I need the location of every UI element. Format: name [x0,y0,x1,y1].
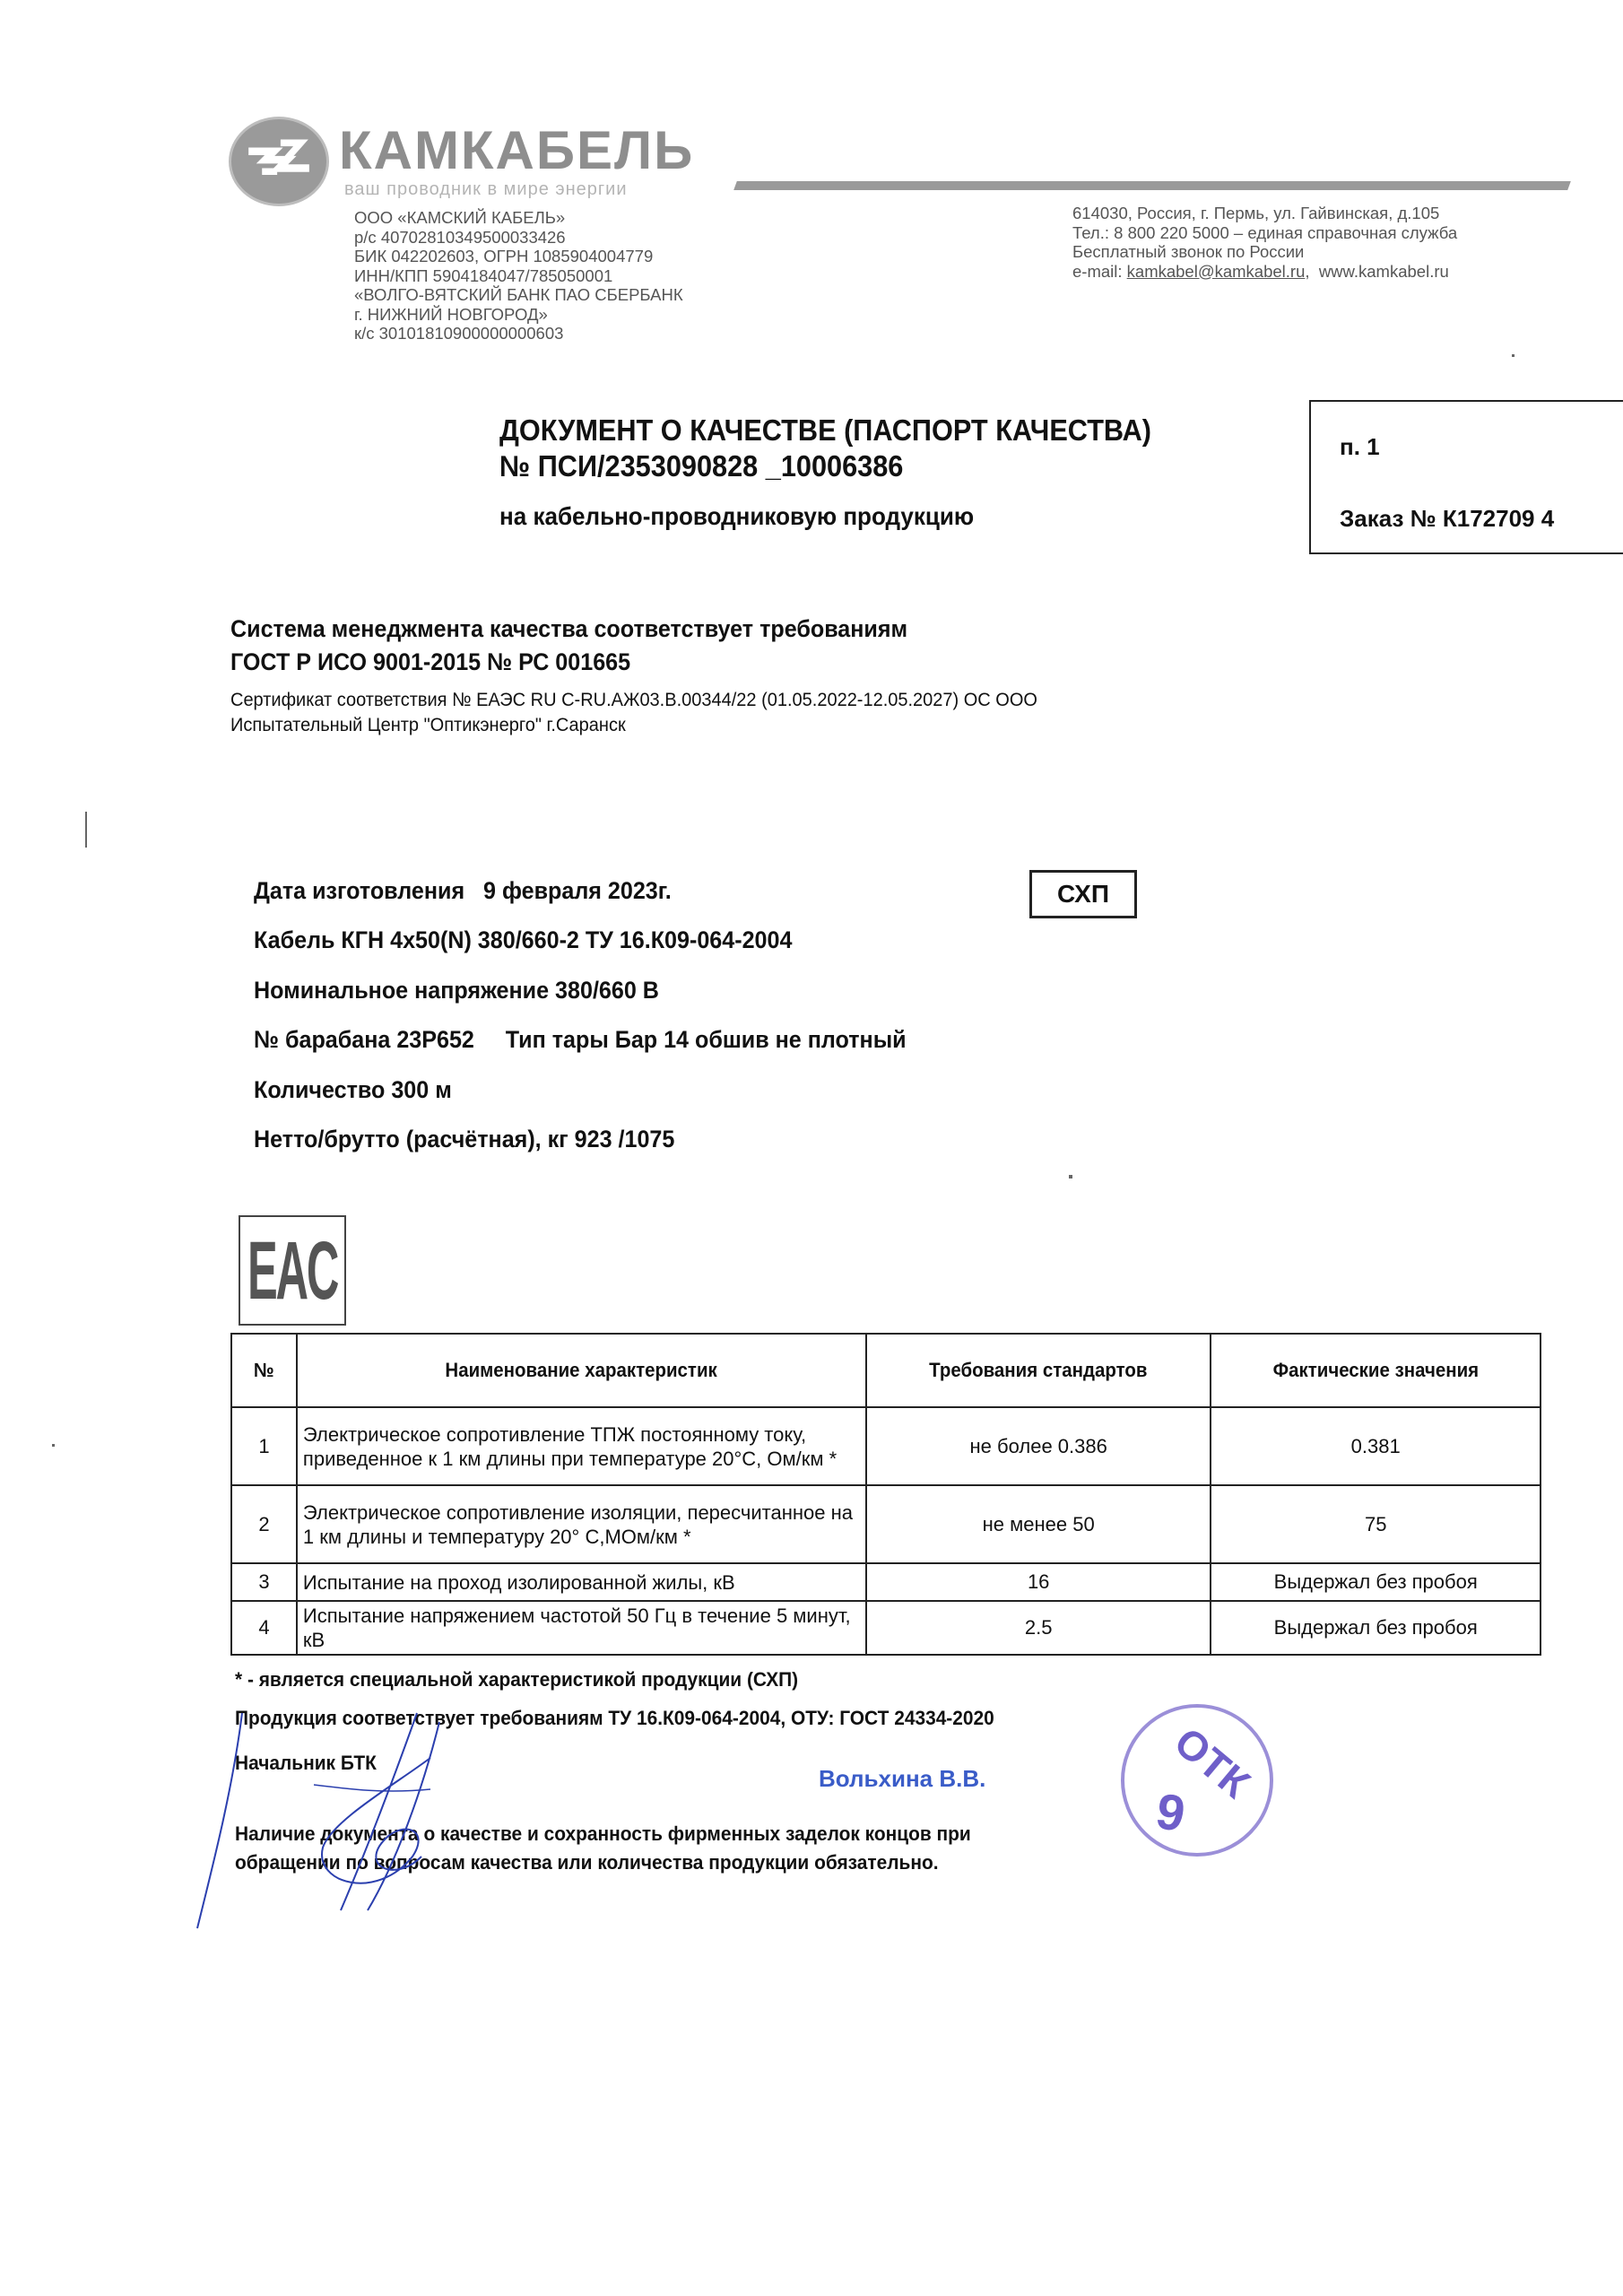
certificate-info: Сертификат соответствия № ЕАЭС RU C-RU.А… [230,687,1037,737]
stamp-number: 9 [1152,1781,1190,1843]
signer-name: Вольхина В.В. [819,1765,985,1793]
certificate-line-2: Испытательный Центр "Оптикэнерго" г.Сара… [230,712,1037,737]
cell-number: 3 [231,1563,297,1601]
schp-footnote: * - является специальной характеристикой… [235,1668,798,1692]
cell-name: Электрическое сопротивление ТПЖ постоянн… [297,1407,866,1485]
drum-info: № барабана 23Р652 Тип тары Бар 14 обшив … [254,1026,907,1054]
nominal-voltage: Номинальное напряжение 380/660 В [254,977,659,1004]
email-link[interactable]: kamkabel@kamkabel.ru [1127,262,1306,281]
cell-number: 4 [231,1601,297,1655]
qms-line-2: ГОСТ Р ИСО 9001-2015 № РС 001665 [230,646,907,679]
table-row: 2 Электрическое сопротивление изоляции, … [231,1485,1541,1563]
cell-requirement: не более 0.386 [866,1407,1211,1485]
col-header-name: Наименование характеристик [297,1334,866,1407]
email-line: e-mail: kamkabel@kamkabel.ru, www.kamkab… [1072,262,1457,282]
website-link[interactable]: www.kamkabel.ru [1319,262,1449,281]
cell-actual: 0.381 [1211,1407,1541,1485]
certificate-line-1: Сертификат соответствия № ЕАЭС RU C-RU.А… [230,687,1037,712]
cell-requirement: 16 [866,1563,1211,1601]
table-header-row: № Наименование характеристик Требования … [231,1334,1541,1407]
requisite-line: «ВОЛГО-ВЯТСКИЙ БАНК ПАО СБЕРБАНК [354,285,683,305]
cell-number: 2 [231,1485,297,1563]
col-header-actual: Фактические значения [1211,1334,1541,1407]
requisite-line: ИНН/КПП 5904184047/785050001 [354,266,683,286]
brand-tagline: ваш проводник в мире энергии [344,179,628,200]
cable-type: Кабель КГН 4х50(N) 380/660-2 ТУ 16.К09-0… [254,926,792,954]
cell-actual: Выдержал без пробоя [1211,1601,1541,1655]
cell-actual: Выдержал без пробоя [1211,1563,1541,1601]
signature-icon [179,1704,520,1937]
scan-mark [1512,354,1515,357]
address: 614030, Россия, г. Пермь, ул. Гайвинская… [1072,204,1457,223]
characteristics-table: № Наименование характеристик Требования … [230,1333,1541,1656]
weight: Нетто/брутто (расчётная), кг 923 /1075 [254,1126,674,1153]
scan-mark [85,812,87,848]
phone: Тел.: 8 800 220 5000 – единая справочная… [1072,223,1457,243]
company-logo-icon [229,117,329,206]
scan-mark [1069,1175,1072,1178]
col-header-requirements: Требования стандартов [866,1334,1211,1407]
cell-number: 1 [231,1407,297,1485]
company-requisites: ООО «КАМСКИЙ КАБЕЛЬ» р/с 407028103495000… [354,208,683,344]
requisite-line: ООО «КАМСКИЙ КАБЕЛЬ» [354,208,683,228]
title-line-1: ДОКУМЕНТ О КАЧЕСТВЕ (ПАСПОРТ КАЧЕСТВА) [499,413,1151,448]
eac-mark-text: EAC [247,1230,337,1312]
quantity: Количество 300 м [254,1076,452,1104]
requisite-line: р/с 40702810349500033426 [354,228,683,248]
free-call-note: Бесплатный звонок по России [1072,242,1457,262]
document-subtitle: на кабельно-проводниковую продукцию [499,502,974,531]
table-row: 1 Электрическое сопротивление ТПЖ постоя… [231,1407,1541,1485]
qms-statement: Система менеджмента качества соответству… [230,613,907,679]
cell-actual: 75 [1211,1485,1541,1563]
schp-badge: СХП [1029,870,1137,918]
brand-name: КАМКАБЕЛЬ [339,124,694,178]
cell-requirement: не менее 50 [866,1485,1211,1563]
cell-name: Электрическое сопротивление изоляции, пе… [297,1485,866,1563]
table-row: 4 Испытание напряжением частотой 50 Гц в… [231,1601,1541,1655]
col-header-number: № [231,1334,297,1407]
cell-name: Испытание напряжением частотой 50 Гц в т… [297,1601,866,1655]
cell-name: Испытание на проход изолированной жилы, … [297,1563,866,1601]
document-number: № ПСИ/2353090828 _10006386 [499,448,1151,484]
header-rule [733,181,1571,190]
manufacture-date: Дата изготовления 9 февраля 2023г. [254,877,672,905]
document-title: ДОКУМЕНТ О КАЧЕСТВЕ (ПАСПОРТ КАЧЕСТВА) №… [499,413,1151,484]
requisite-line: БИК 042202603, ОГРН 1085904004779 [354,247,683,266]
order-number: Заказ № К172709 4 [1340,505,1554,533]
requisite-line: г. НИЖНИЙ НОВГОРОД» [354,305,683,325]
table-row: 3 Испытание на проход изолированной жилы… [231,1563,1541,1601]
company-contacts: 614030, Россия, г. Пермь, ул. Гайвинская… [1072,204,1457,281]
scan-mark [52,1444,55,1447]
qms-line-1: Система менеджмента качества соответству… [230,613,907,646]
eac-mark-icon: EAC [239,1215,346,1326]
requisite-line: к/с 30101810900000000603 [354,324,683,344]
order-item: п. 1 [1340,433,1380,461]
email-label: e-mail: [1072,262,1127,281]
otk-stamp-icon: ОТК 9 [1121,1704,1273,1857]
cell-requirement: 2.5 [866,1601,1211,1655]
